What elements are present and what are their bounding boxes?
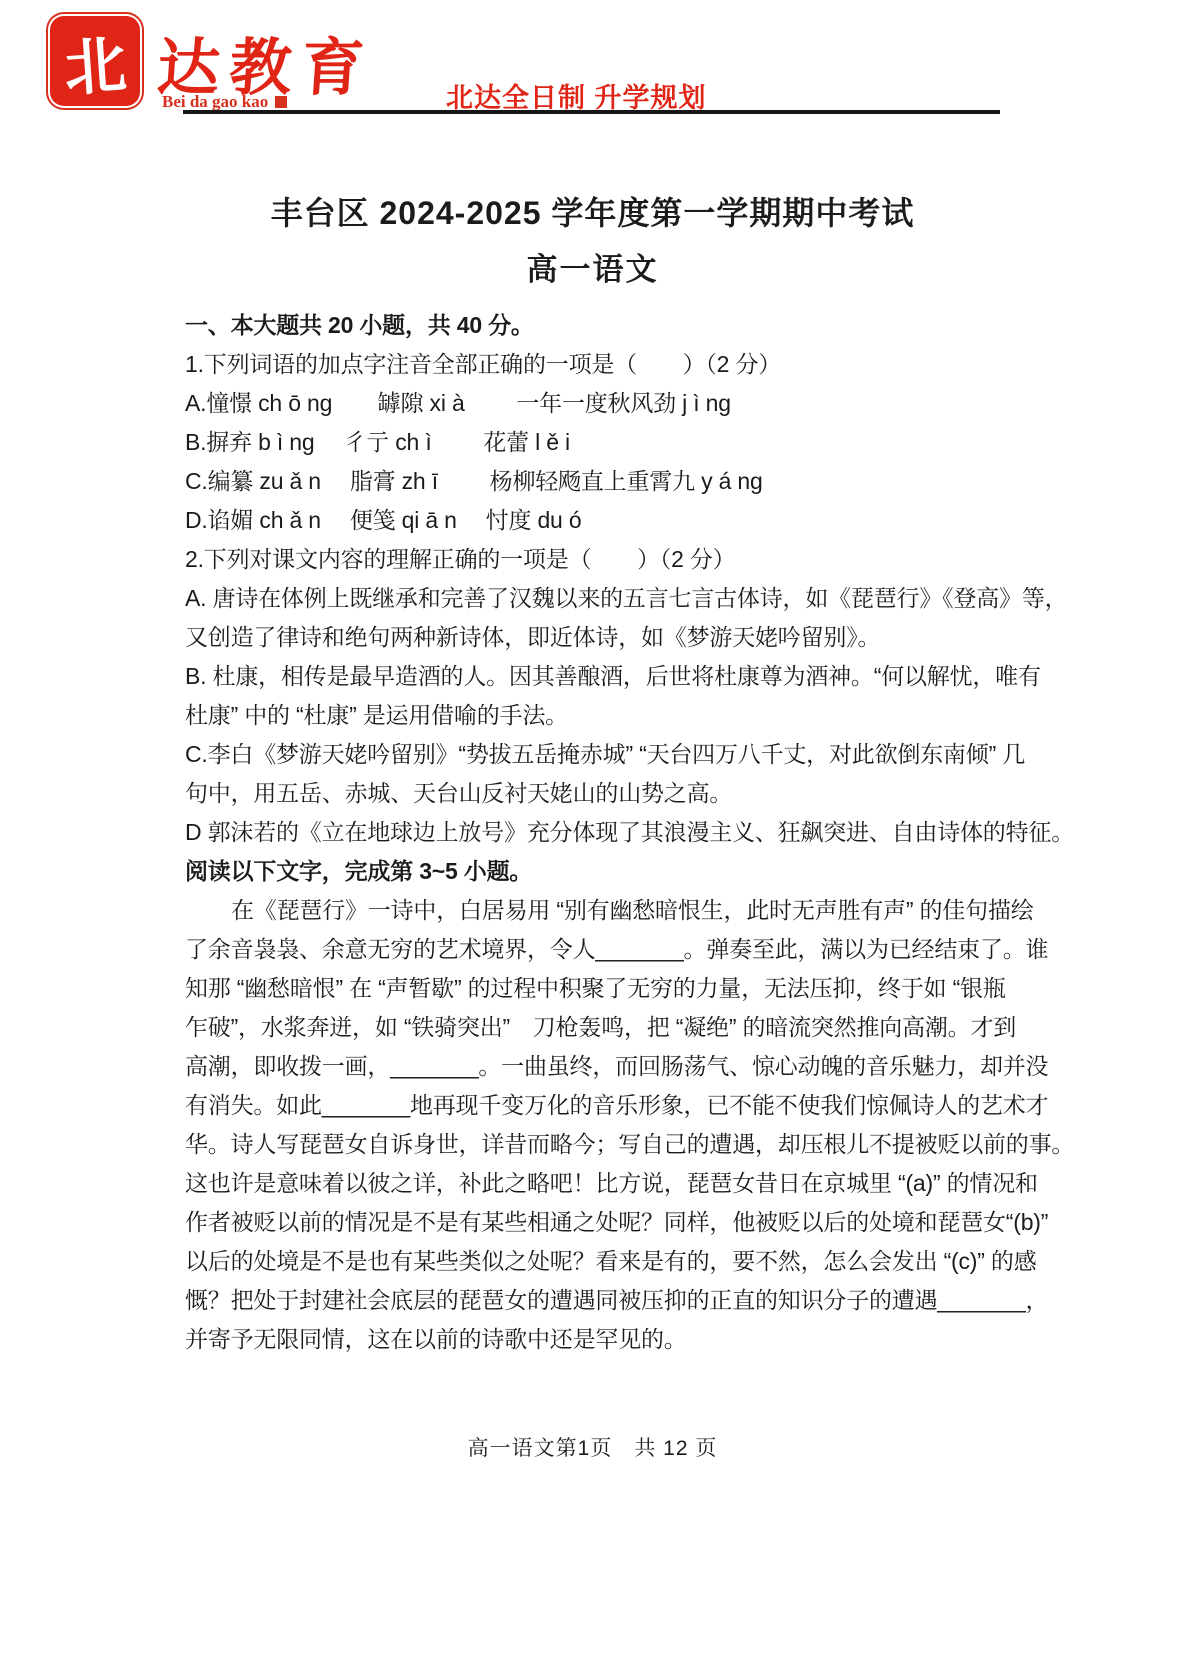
text-line: 阅读以下文字，完成第 3~5 小题。 <box>185 852 1000 891</box>
seal-character: 北 <box>61 14 129 107</box>
brand-seal-logo: 北 <box>50 16 140 106</box>
title-block: 丰台区 2024-2025 学年度第一学期期中考试 高一语文 <box>185 188 1000 289</box>
text-line: 句中，用五岳、赤城、天台山反衬天姥山的山势之高。 <box>185 774 1000 813</box>
text-line: 2.下列对课文内容的理解正确的一项是（ ）（2 分） <box>185 540 1000 579</box>
text-line: A. 唐诗在体例上既继承和完善了汉魏以来的五言七言古体诗，如《琵琶行》《登高》等… <box>185 579 1000 618</box>
text-line: D.谄媚 ch ǎ n 便笺 qi ā n 忖度 du ó <box>185 501 1000 540</box>
text-line: 高潮，即收拨一画，_______。一曲虽终，而回肠荡气、惊心动魄的音乐魅力，却并… <box>185 1047 1000 1086</box>
text-line: 一、本大题共 20 小题，共 40 分。 <box>185 306 1000 345</box>
text-line: B.摒弃 b ì ng 彳亍 ch ì 花蕾 l ě i <box>185 423 1000 462</box>
text-line: 在《琵琶行》一诗中，白居易用 “别有幽愁暗恨生，此时无声胜有声” 的佳句描绘 <box>185 891 1000 930</box>
text-line: 以后的处境是不是也有某些类似之处呢？看来是有的，要不然，怎么会发出 “(c)” … <box>185 1242 1000 1281</box>
page-footer: 高一语文第1页 共 12 页 <box>185 1432 1000 1462</box>
exam-title: 丰台区 2024-2025 学年度第一学期期中考试 <box>185 188 1000 234</box>
text-line: C.编纂 zu ǎ n 脂膏 zh ī 杨柳轻飏直上重霄九 y á ng <box>185 462 1000 501</box>
text-line: 并寄予无限同情，这在以前的诗歌中还是罕见的。 <box>185 1320 1000 1359</box>
text-line: A.憧憬 ch ō ng 罅隙 xi à 一年一度秋风劲 j ì ng <box>185 384 1000 423</box>
text-line: 杜康” 中的 “杜康” 是运用借喻的手法。 <box>185 696 1000 735</box>
header-divider <box>183 110 1000 114</box>
red-square-icon <box>275 96 287 108</box>
exam-paper-page: 北 达教育 Bei da gao kao 北达全日制 升学规划 丰台区 2024… <box>0 0 1181 1654</box>
text-line: 1.下列词语的加点字注音全部正确的一项是（ ）（2 分） <box>185 345 1000 384</box>
text-line: 又创造了律诗和绝句两种新诗体，即近体诗，如《梦游天姥吟留别》。 <box>185 618 1000 657</box>
body-lines: 一、本大题共 20 小题，共 40 分。1.下列词语的加点字注音全部正确的一项是… <box>185 306 1000 1359</box>
exam-subject: 高一语文 <box>185 244 1000 289</box>
text-line: 有消失。如此_______地再现千变万化的音乐形象，已不能不使我们惊佩诗人的艺术… <box>185 1086 1000 1125</box>
text-line: 这也许是意味着以彼之详，补此之略吧！比方说，琵琶女昔日在京城里 “(a)” 的情… <box>185 1164 1000 1203</box>
text-line: 慨？把处于封建社会底层的琵琶女的遭遇同被压抑的正直的知识分子的遭遇_______… <box>185 1281 1000 1320</box>
text-line: C.李白《梦游天姥吟留别》“势拔五岳掩赤城” “天台四万八千丈，对此欲倒东南倾”… <box>185 735 1000 774</box>
text-line: 知那 “幽愁暗恨” 在 “声暂歇” 的过程中积聚了无穷的力量，无法压抑，终于如 … <box>185 969 1000 1008</box>
text-line: B. 杜康，相传是最早造酒的人。因其善酿酒，后世将杜康尊为酒神。“何以解忧，唯有 <box>185 657 1000 696</box>
text-line: 乍破”，水浆奔迸，如 “铁骑突出” 刀枪轰鸣，把 “凝绝” 的暗流突然推向高潮。… <box>185 1008 1000 1047</box>
text-line: 了余音袅袅、余意无穷的艺术境界，令人_______。弹奏至此，满以为已经结束了。… <box>185 930 1000 969</box>
text-line: 华。诗人写琵琶女自诉身世，详昔而略今；写自己的遭遇，却压根儿不提被贬以前的事。 <box>185 1125 1000 1164</box>
brand-romanization-text: Bei da gao kao <box>162 92 268 112</box>
text-line: 作者被贬以前的情况是不是有某些相通之处呢？同样，他被贬以后的处境和琵琶女“(b)… <box>185 1203 1000 1242</box>
brand-romanization: Bei da gao kao <box>162 92 287 112</box>
text-line: D 郭沫若的《立在地球边上放号》充分体现了其浪漫主义、狂飙突进、自由诗体的特征。 <box>185 813 1000 852</box>
